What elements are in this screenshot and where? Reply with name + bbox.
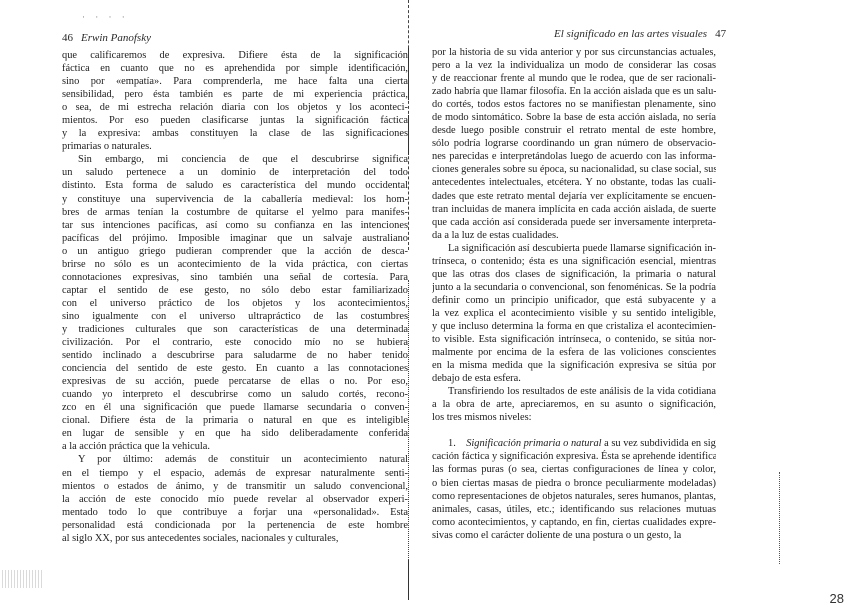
text-line: brirse no sólo es un acontecimiento de l… <box>62 258 408 271</box>
text-line: y de reaccionar frente al mundo que le r… <box>432 72 716 85</box>
text-line: o bien ciertas masas de piedra o bronce … <box>432 477 716 490</box>
text-line: animales, casas, útiles, etc.; identific… <box>432 503 716 516</box>
text-line: que calificaremos de expresiva. Difiere … <box>62 49 408 62</box>
text-line: de modo sintomático. Sobre la base de es… <box>432 111 716 124</box>
text-line: definir como un principio unificador, qu… <box>432 294 716 307</box>
scan-dotted-line <box>779 472 780 564</box>
text-line: y constituye una supervivencia de la cab… <box>62 193 408 206</box>
text-line: en la misma medida que la significación … <box>432 359 716 372</box>
text-line: que las otras dos clases de significació… <box>432 268 716 281</box>
list-item-number: 1. <box>448 438 456 449</box>
text-line: tar sus intenciones pacíficas, así como … <box>62 219 408 232</box>
text-line: primarias o naturales. <box>62 140 408 153</box>
text-line: malmente por encima de la esfera de las … <box>432 346 716 359</box>
text-line: civilización. Por el contrario, este con… <box>62 336 408 349</box>
running-head-right-title: El significado en las artes visuales <box>554 28 707 40</box>
text-line: sino igualmente con el universo ultraprá… <box>62 310 408 323</box>
text-line: nes parecidas e interpretándolas luego d… <box>432 150 716 163</box>
text-line: cional. Difiere ésta de la primaria o na… <box>62 414 408 427</box>
text-line: Transfiriendo los resultados de este aná… <box>432 385 716 398</box>
text-line: Y por último: además de constituir un ac… <box>62 453 408 466</box>
list-item-text: a su vez subdividida en signifi- <box>604 438 716 449</box>
text-line: sivas como el carácter doliente de una p… <box>432 529 716 542</box>
text-line: dades que este retrato mental dejaría ve… <box>432 190 716 203</box>
text-line: por la historia de su vida anterior y po… <box>432 46 716 59</box>
scan-specks: · · · · <box>82 12 129 22</box>
text-line: las formas puras (o sea, ciertas configu… <box>432 463 716 476</box>
text-line: fáctica en cuanto que no es aprehendida … <box>62 62 408 75</box>
text-line: cuando yo interpreto el descubrirse como… <box>62 388 408 401</box>
text-line: junto a la secundaria o convencional, so… <box>432 281 716 294</box>
gutter-dotted-line <box>408 280 409 580</box>
text-line: do cortés, todos estos factores no se ma… <box>432 98 716 111</box>
list-item-1: 1. Significación primaria o natural a su… <box>432 437 716 450</box>
text-line: mientos. Por eso pueden clasificarse jun… <box>62 114 408 127</box>
text-line: expresivas de su acción, puede percatars… <box>62 375 408 388</box>
text-line: y la expresiva: ambas constituyen la cla… <box>62 127 408 140</box>
text-line: distinto. Esta forma de saludo es caract… <box>62 179 408 192</box>
text-line: tran incluidas de manera implícita en ca… <box>432 203 716 216</box>
text-line: sino por «empatía». Para comprenderla, m… <box>62 75 408 88</box>
text-line: da a la luz de estas cualidades. <box>432 229 716 242</box>
text-line: La significación así descubierta puede l… <box>432 242 716 255</box>
text-line: pero a la vez la individualiza un modo d… <box>432 59 716 72</box>
text-line: to visible. Esta significación intrínsec… <box>432 333 716 346</box>
text-line: sólo podría lograrse coordinando un gran… <box>432 137 716 150</box>
text-line: los tres mismos niveles: <box>432 411 716 424</box>
text-line: en el tiempo y el espacio, además de exp… <box>62 467 408 480</box>
text-line: la acción de este conocido mío puede rev… <box>62 493 408 506</box>
text-line: debajo de esta esfera. <box>432 372 716 385</box>
text-line: mientos o estados de ánimo, y de transmi… <box>62 480 408 493</box>
text-line: la vez explica el acontecimiento visible… <box>432 307 716 320</box>
text-line: un saludo pertenece a un dominio de inte… <box>62 166 408 179</box>
text-line: ciones generales sobre su época, su naci… <box>432 163 716 176</box>
text-line: como representaciones de objetos natural… <box>432 490 716 503</box>
gutter-shadow <box>408 560 409 600</box>
scan-noise <box>2 570 42 588</box>
text-line: y tradiciones culturales que son caracte… <box>62 323 408 336</box>
list-item-label: Significación primaria o natural <box>466 438 601 449</box>
text-line: o un antiguo griego pudieran comprender … <box>62 245 408 258</box>
right-page: El significado en las artes visuales47 p… <box>424 0 848 612</box>
text-line: en lugar de sensible y en que ha sido de… <box>62 427 408 440</box>
left-page: · · · · 46Erwin Panofsky que calificarem… <box>0 0 424 612</box>
text-line: a la acción práctica que la vehicula. <box>62 440 408 453</box>
corner-number: 28 <box>830 591 844 606</box>
text-line: desde luego posible construir el retrato… <box>432 124 716 137</box>
text-line: bres de armas tenían la costumbre de qui… <box>62 206 408 219</box>
text-line: al siglo XX, por sus antecedentes social… <box>62 532 408 545</box>
left-page-body: que calificaremos de expresiva. Difiere … <box>62 49 408 545</box>
text-line: antecedentes intelectuales, etcétera. Y … <box>432 176 716 189</box>
text-line: sensibilidad, pero ésta también es parte… <box>62 88 408 101</box>
text-line: zado habría que llamar filosofía. En la … <box>432 85 716 98</box>
text-line: captar el sentido de ese gesto, no sólo … <box>62 284 408 297</box>
text-line: que cada acción así considerada puede se… <box>432 216 716 229</box>
text-line: o sea, de mi estrecha relación diaria co… <box>62 101 408 114</box>
gutter-shadow <box>408 115 409 155</box>
right-page-body: por la historia de su vida anterior y po… <box>432 46 716 542</box>
text-line: conciencia del sentido de este gesto. En… <box>62 362 408 375</box>
running-head-left: 46Erwin Panofsky <box>62 32 151 44</box>
text-line: y que incluso determina la forma en que … <box>432 320 716 333</box>
text-line: Sin embargo, mi conciencia de que el des… <box>62 153 408 166</box>
text-line: zco en él una significación que puede ll… <box>62 401 408 414</box>
text-line: trínseca, o contenido; ésta es una signi… <box>432 255 716 268</box>
text-line: connotaciones expresivas, sino también u… <box>62 271 408 284</box>
text-line: como acontecimientos, y captando, en fin… <box>432 516 716 529</box>
text-line: sentido inclinado a descubrirse para sal… <box>62 349 408 362</box>
text-line: cación fáctica y significación expresiva… <box>432 450 716 463</box>
running-head-left-title: Erwin Panofsky <box>81 32 151 44</box>
text-line: con el universo práctico de los objetos … <box>62 297 408 310</box>
running-head-right: El significado en las artes visuales47 <box>554 28 726 40</box>
text-line: a la obra de arte, apreciaremos, en su a… <box>432 398 716 411</box>
page-number-left: 46 <box>62 32 73 44</box>
gutter-shadow <box>408 48 409 100</box>
page-number-right: 47 <box>715 28 726 40</box>
text-line: mentado todo lo que contribuye a forjar … <box>62 506 408 519</box>
text-line: pacíficas del prójimo. Imposible imagina… <box>62 232 408 245</box>
text-line: personalidad está condicionada por la pe… <box>62 519 408 532</box>
